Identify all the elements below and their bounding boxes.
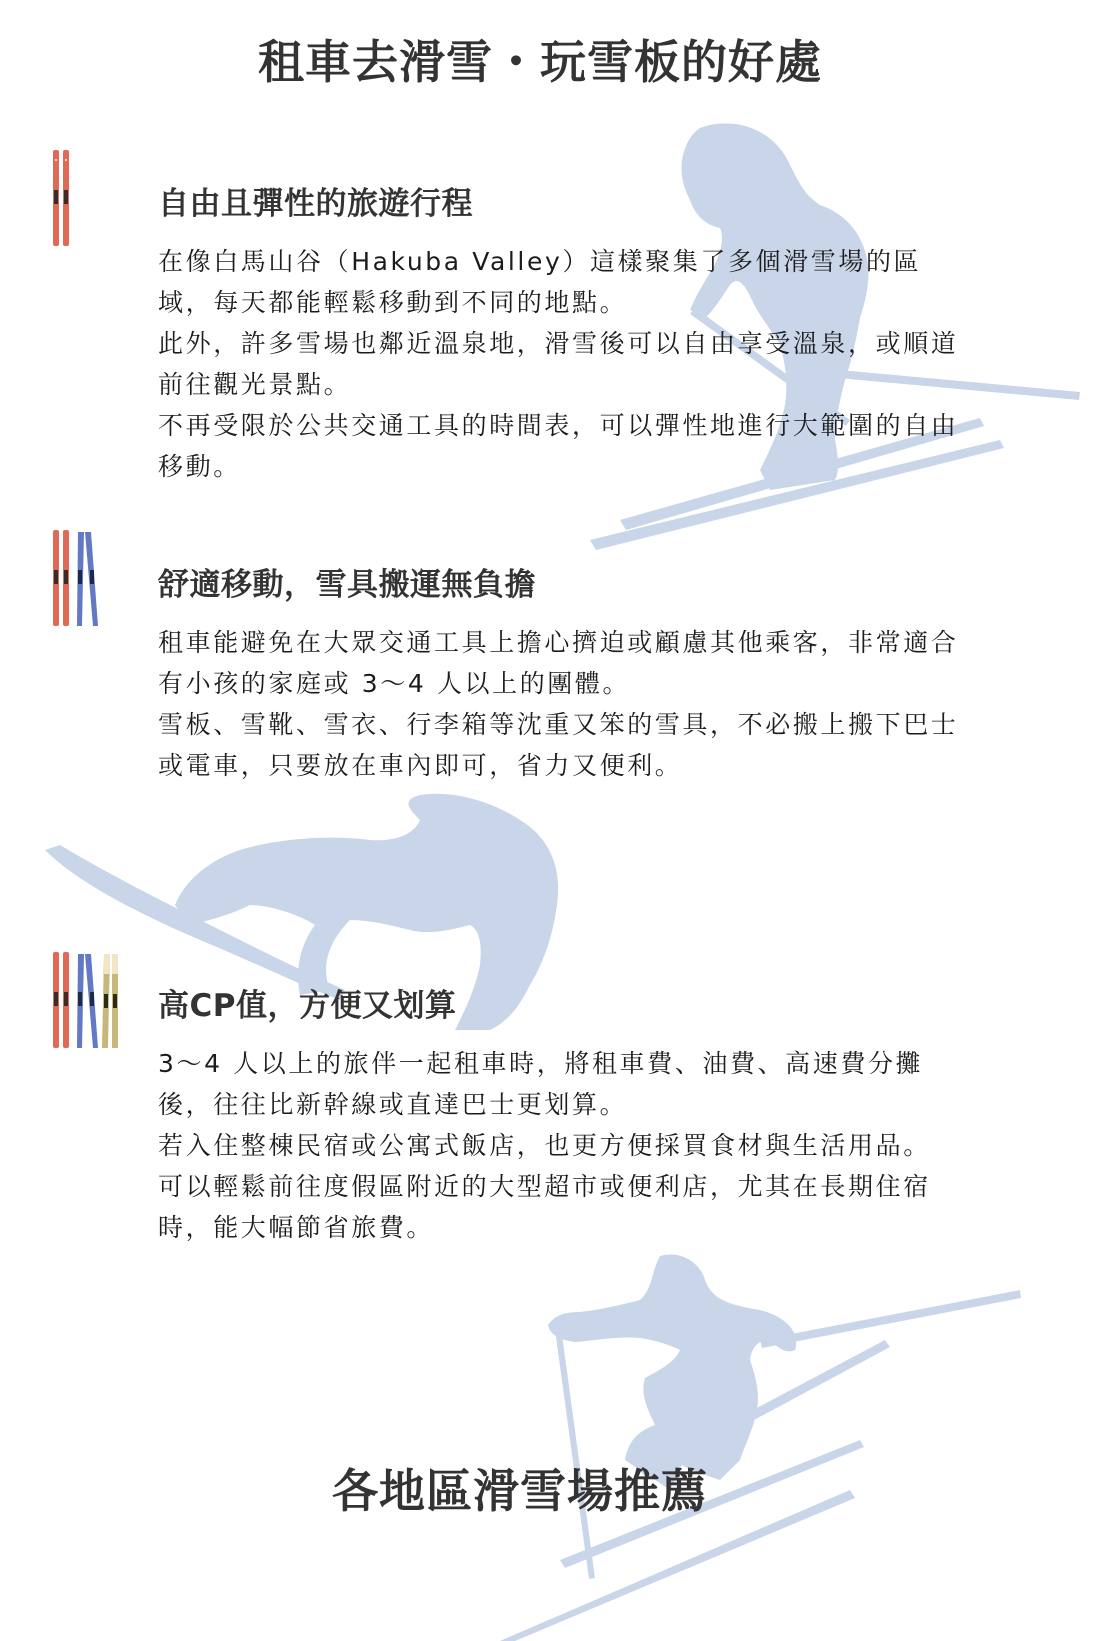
paragraph: 雪板、雪靴、雪衣、行李箱等沈重又笨的雪具，不必搬上搬下巴士或電車，只要放在車內即… <box>158 704 968 786</box>
ski-pair-1-icon <box>52 150 72 246</box>
paragraph: 在像白馬山谷（Hakuba Valley）這樣聚集了多個滑雪場的區域，每天都能輕… <box>158 241 968 323</box>
paragraph: 3～4 人以上的旅伴一起租車時，將租車費、油費、高速費分攤後，往往比新幹線或直達… <box>158 1043 968 1125</box>
section-body: 3～4 人以上的旅伴一起租車時，將租車費、油費、高速費分攤後，往往比新幹線或直達… <box>158 1043 968 1248</box>
paragraph: 可以輕鬆前往度假區附近的大型超市或便利店，尤其在長期住宿時，能大幅節省旅費。 <box>158 1166 968 1248</box>
section-body: 在像白馬山谷（Hakuba Valley）這樣聚集了多個滑雪場的區域，每天都能輕… <box>158 241 968 487</box>
paragraph: 若入住整棟民宿或公寓式飯店，也更方便採買食材與生活用品。 <box>158 1125 968 1166</box>
section-heading: 高CP值，方便又划算 <box>158 980 456 1025</box>
regional-ski-resorts-heading: 各地區滑雪場推薦 <box>0 1455 1040 1521</box>
page-title: 租車去滑雪・玩雪板的好處 <box>0 26 1080 92</box>
paragraph: 不再受限於公共交通工具的時間表，可以彈性地進行大範圍的自由移動。 <box>158 405 968 487</box>
paragraph: 此外，許多雪場也鄰近溫泉地，滑雪後可以自由享受溫泉，或順道前往觀光景點。 <box>158 323 968 405</box>
page-content: 租車去滑雪・玩雪板的好處 自由且彈性的旅遊行程 在像白馬山谷（Hakuba Va… <box>0 0 1120 1641</box>
ski-pair-3-icon <box>52 952 122 1048</box>
paragraph: 租車能避免在大眾交通工具上擔心擠迫或顧慮其他乘客，非常適合有小孩的家庭或 3～4… <box>158 622 968 704</box>
ski-pair-2-icon <box>52 530 100 626</box>
section-body: 租車能避免在大眾交通工具上擔心擠迫或顧慮其他乘客，非常適合有小孩的家庭或 3～4… <box>158 622 968 786</box>
section-heading: 舒適移動，雪具搬運無負擔 <box>158 559 536 604</box>
section-heading: 自由且彈性的旅遊行程 <box>158 178 473 223</box>
